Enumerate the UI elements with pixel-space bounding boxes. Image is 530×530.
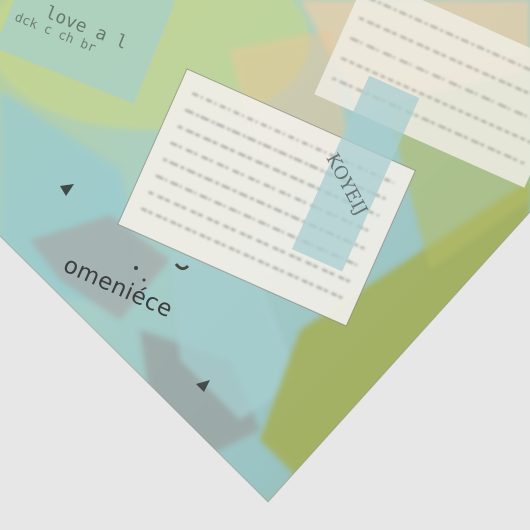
product-photo: omeniéce love a l dck c ch br KOYEIJ (0, 0, 530, 530)
